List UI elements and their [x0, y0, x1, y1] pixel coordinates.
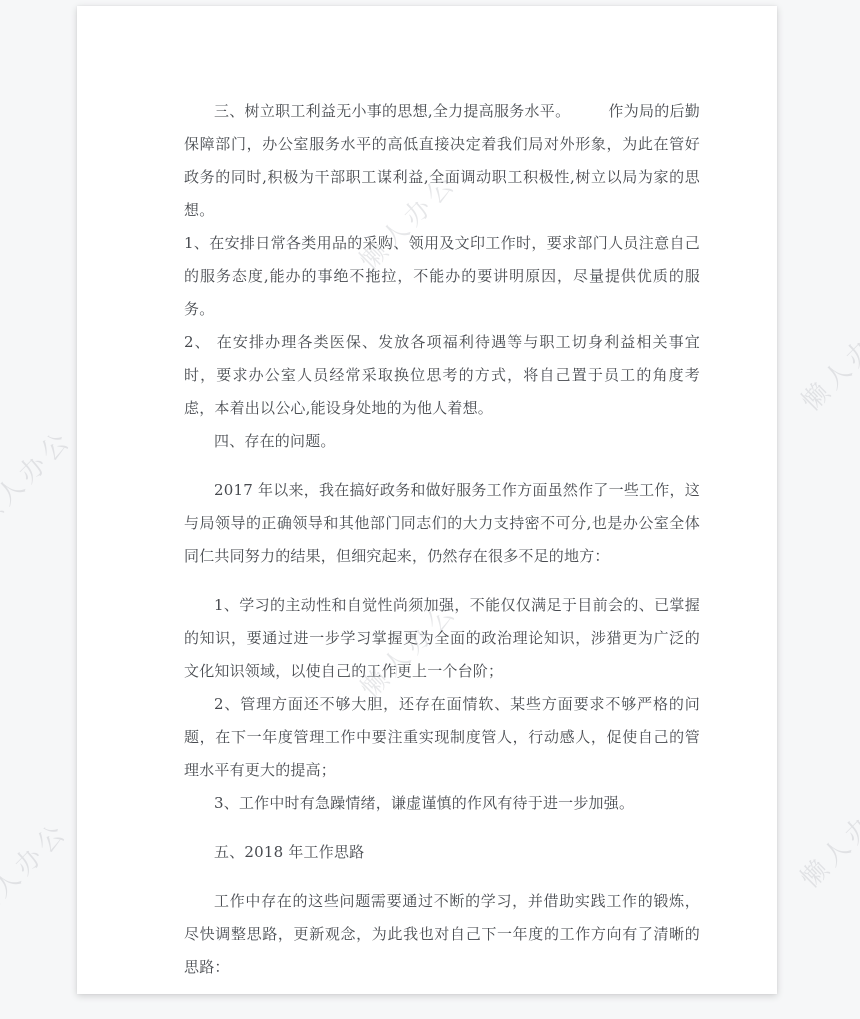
paragraph-section-3: 三、树立职工利益无小事的思想,全力提高服务水平。作为局的后勤保障部门，办公室服务…: [184, 95, 700, 227]
paragraph-problem-3: 3、工作中时有急躁情绪，谦虚谨慎的作风有待于进一步加强。: [184, 787, 700, 820]
watermark-text: 懒人办公: [792, 304, 860, 418]
paragraph-2017-summary: 2017 年以来，我在搞好政务和做好服务工作方面虽然作了一些工作，这与局领导的正…: [184, 474, 700, 573]
paragraph-item-1: 1、在安排日常各类用品的采购、领用及文印工作时，要求部门人员注意自己的服务态度,…: [184, 227, 700, 326]
watermark-text: 懒人办公: [0, 812, 75, 926]
paragraph-problem-2: 2、管理方面还不够大胆，还存在面情软、某些方面要求不够严格的问题，在下一年度管理…: [184, 688, 700, 787]
heading-section-5: 五、2018 年工作思路: [184, 836, 700, 869]
watermark-text: 懒人办公: [791, 781, 860, 895]
inline-gap: [570, 115, 608, 116]
page-background: 三、树立职工利益无小事的思想,全力提高服务水平。作为局的后勤保障部门，办公室服务…: [0, 0, 860, 1019]
section-3-heading-text: 三、树立职工利益无小事的思想,全力提高服务水平。: [214, 102, 570, 120]
paragraph-problem-1: 1、学习的主动性和自觉性尚须加强，不能仅仅满足于目前会的、已掌握的知识，要通过进…: [184, 589, 700, 688]
watermark-text: 懒人办公: [0, 420, 79, 534]
paragraph-item-2: 2、 在安排办理各类医保、发放各项福利待遇等与职工切身利益相关事宜时，要求办公室…: [184, 326, 700, 425]
paragraph-2018-outlook: 工作中存在的这些问题需要通过不断的学习，并借助实践工作的锻炼，尽快调整思路，更新…: [184, 885, 700, 984]
document-paper: 三、树立职工利益无小事的思想,全力提高服务水平。作为局的后勤保障部门，办公室服务…: [77, 6, 777, 994]
heading-section-4: 四、存在的问题。: [184, 425, 700, 458]
document-text-area: 三、树立职工利益无小事的思想,全力提高服务水平。作为局的后勤保障部门，办公室服务…: [77, 6, 777, 994]
